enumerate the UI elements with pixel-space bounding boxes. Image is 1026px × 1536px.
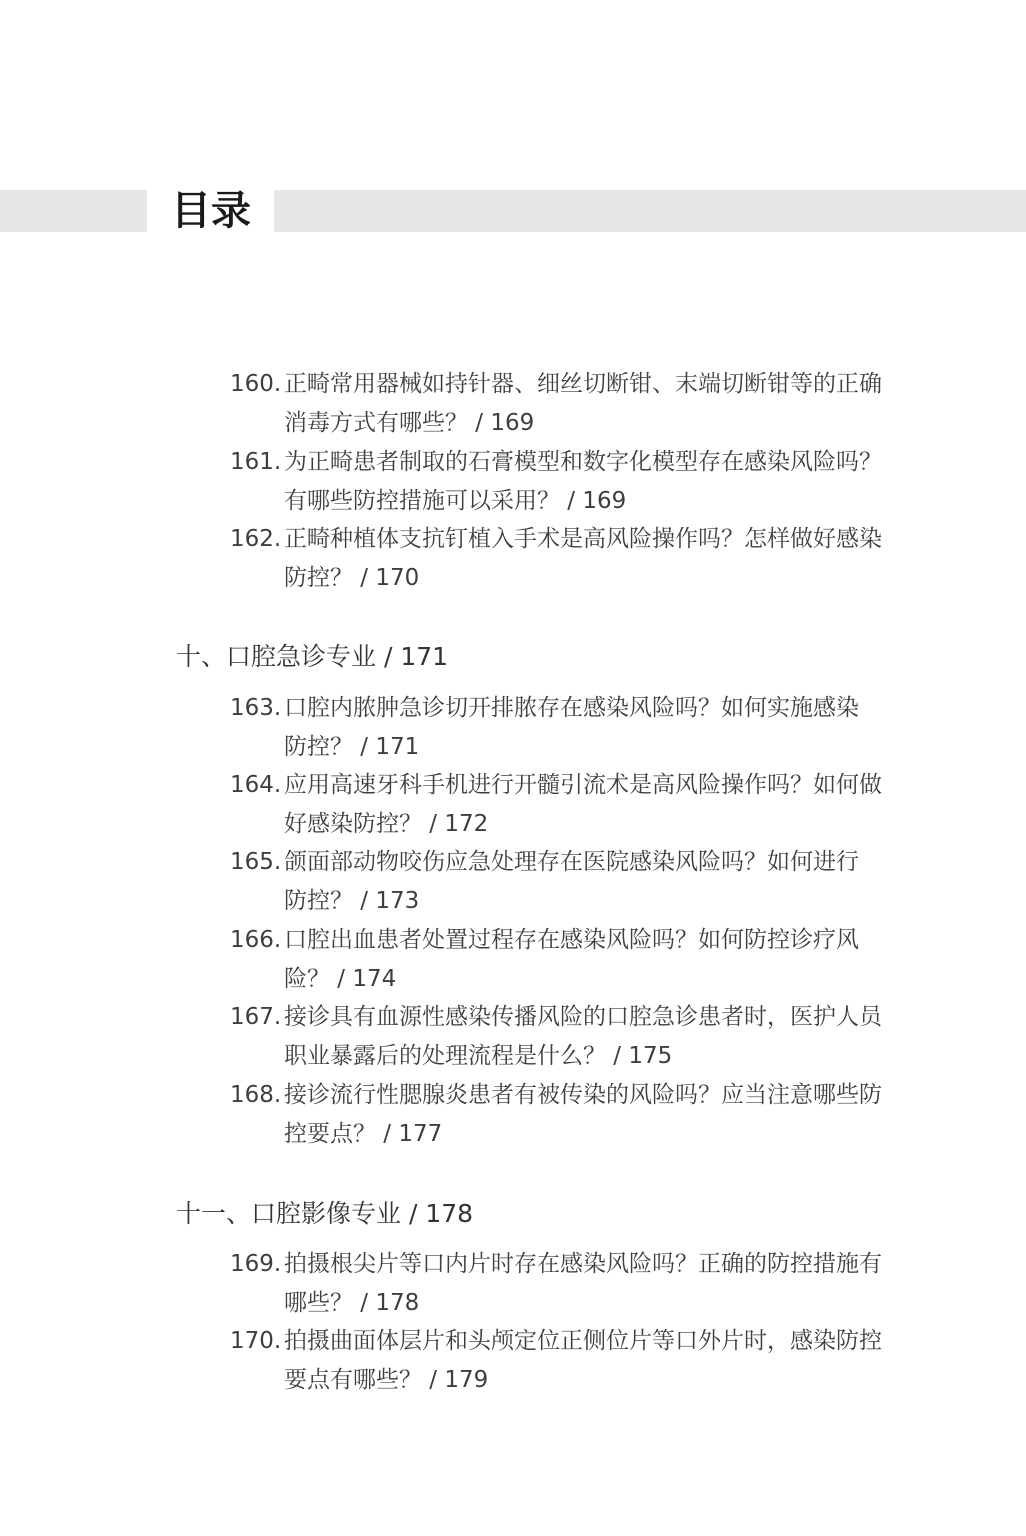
entry-line-2: 要点有哪些？ / 179 <box>230 1361 890 1400</box>
entry-line-1: 拍摄根尖片等口内片时存在感染风险吗？正确的防控措施有 <box>230 1245 890 1284</box>
entry-line-1: 接诊具有血源性感染传播风险的口腔急诊患者时，医护人员 <box>230 998 890 1037</box>
toc-entry-162[interactable]: 162. 正畸种植体支抗钉植入手术是高风险操作吗？怎样做好感染 防控？ / 17… <box>230 520 890 597</box>
section-heading-emergency[interactable]: 十、口腔急诊专业 / 171 <box>176 637 448 677</box>
section-heading-imaging[interactable]: 十一、口腔影像专业 / 178 <box>176 1194 473 1234</box>
toc-entry-167[interactable]: 167. 接诊具有血源性感染传播风险的口腔急诊患者时，医护人员 职业暴露后的处理… <box>230 998 890 1075</box>
toc-entry-164[interactable]: 164. 应用高速牙科手机进行开髓引流术是高风险操作吗？如何做 好感染防控？ /… <box>230 766 890 843</box>
entry-line-2: 险？ / 174 <box>230 960 890 999</box>
entry-line-1: 口腔出血患者处置过程存在感染风险吗？如何防控诊疗风 <box>230 921 890 960</box>
entry-number: 164. <box>230 766 281 805</box>
toc-entry-165[interactable]: 165. 颌面部动物咬伤应急处理存在医院感染风险吗？如何进行 防控？ / 173 <box>230 843 890 920</box>
toc-entry-163[interactable]: 163. 口腔内脓肿急诊切开排脓存在感染风险吗？如何实施感染 防控？ / 171 <box>230 689 890 766</box>
toc-entry-161[interactable]: 161. 为正畸患者制取的石膏模型和数字化模型存在感染风险吗？ 有哪些防控措施可… <box>230 443 890 520</box>
toc-entry-169[interactable]: 169. 拍摄根尖片等口内片时存在感染风险吗？正确的防控措施有 哪些？ / 17… <box>230 1245 890 1322</box>
entry-line-2: 哪些？ / 178 <box>230 1284 890 1323</box>
entry-line-1: 口腔内脓肿急诊切开排脓存在感染风险吗？如何实施感染 <box>230 689 890 728</box>
entry-line-2: 有哪些防控措施可以采用？ / 169 <box>230 482 890 521</box>
header-bar-left <box>0 190 147 232</box>
entry-number: 165. <box>230 843 281 882</box>
toc-entry-168[interactable]: 168. 接诊流行性腮腺炎患者有被传染的风险吗？应当注意哪些防 控要点？ / 1… <box>230 1076 890 1153</box>
entry-line-1: 正畸常用器械如持针器、细丝切断钳、末端切断钳等的正确 <box>230 365 890 404</box>
toc-entry-160[interactable]: 160. 正畸常用器械如持针器、细丝切断钳、末端切断钳等的正确 消毒方式有哪些？… <box>230 365 890 442</box>
entry-line-2: 控要点？ / 177 <box>230 1115 890 1154</box>
entry-line-2: 防控？ / 173 <box>230 882 890 921</box>
entry-line-1: 正畸种植体支抗钉植入手术是高风险操作吗？怎样做好感染 <box>230 520 890 559</box>
header-bar-right <box>274 190 1026 232</box>
page-title: 目录 <box>171 184 251 238</box>
entry-number: 162. <box>230 520 281 559</box>
entry-line-2: 职业暴露后的处理流程是什么？ / 175 <box>230 1037 890 1076</box>
entry-number: 170. <box>230 1322 281 1361</box>
entry-line-1: 颌面部动物咬伤应急处理存在医院感染风险吗？如何进行 <box>230 843 890 882</box>
entry-number: 168. <box>230 1076 281 1115</box>
toc-entry-170[interactable]: 170. 拍摄曲面体层片和头颅定位正侧位片等口外片时，感染防控 要点有哪些？ /… <box>230 1322 890 1399</box>
entry-line-1: 应用高速牙科手机进行开髓引流术是高风险操作吗？如何做 <box>230 766 890 805</box>
entry-number: 166. <box>230 921 281 960</box>
entry-line-2: 好感染防控？ / 172 <box>230 805 890 844</box>
entry-number: 161. <box>230 443 281 482</box>
entry-line-1: 接诊流行性腮腺炎患者有被传染的风险吗？应当注意哪些防 <box>230 1076 890 1115</box>
entry-line-2: 防控？ / 170 <box>230 559 890 598</box>
entry-number: 167. <box>230 998 281 1037</box>
entry-number: 169. <box>230 1245 281 1284</box>
entry-number: 163. <box>230 689 281 728</box>
entry-line-1: 为正畸患者制取的石膏模型和数字化模型存在感染风险吗？ <box>230 443 890 482</box>
toc-entry-166[interactable]: 166. 口腔出血患者处置过程存在感染风险吗？如何防控诊疗风 险？ / 174 <box>230 921 890 998</box>
entry-line-2: 消毒方式有哪些？ / 169 <box>230 404 890 443</box>
entry-line-1: 拍摄曲面体层片和头颅定位正侧位片等口外片时，感染防控 <box>230 1322 890 1361</box>
entry-line-2: 防控？ / 171 <box>230 728 890 767</box>
entry-number: 160. <box>230 365 281 404</box>
